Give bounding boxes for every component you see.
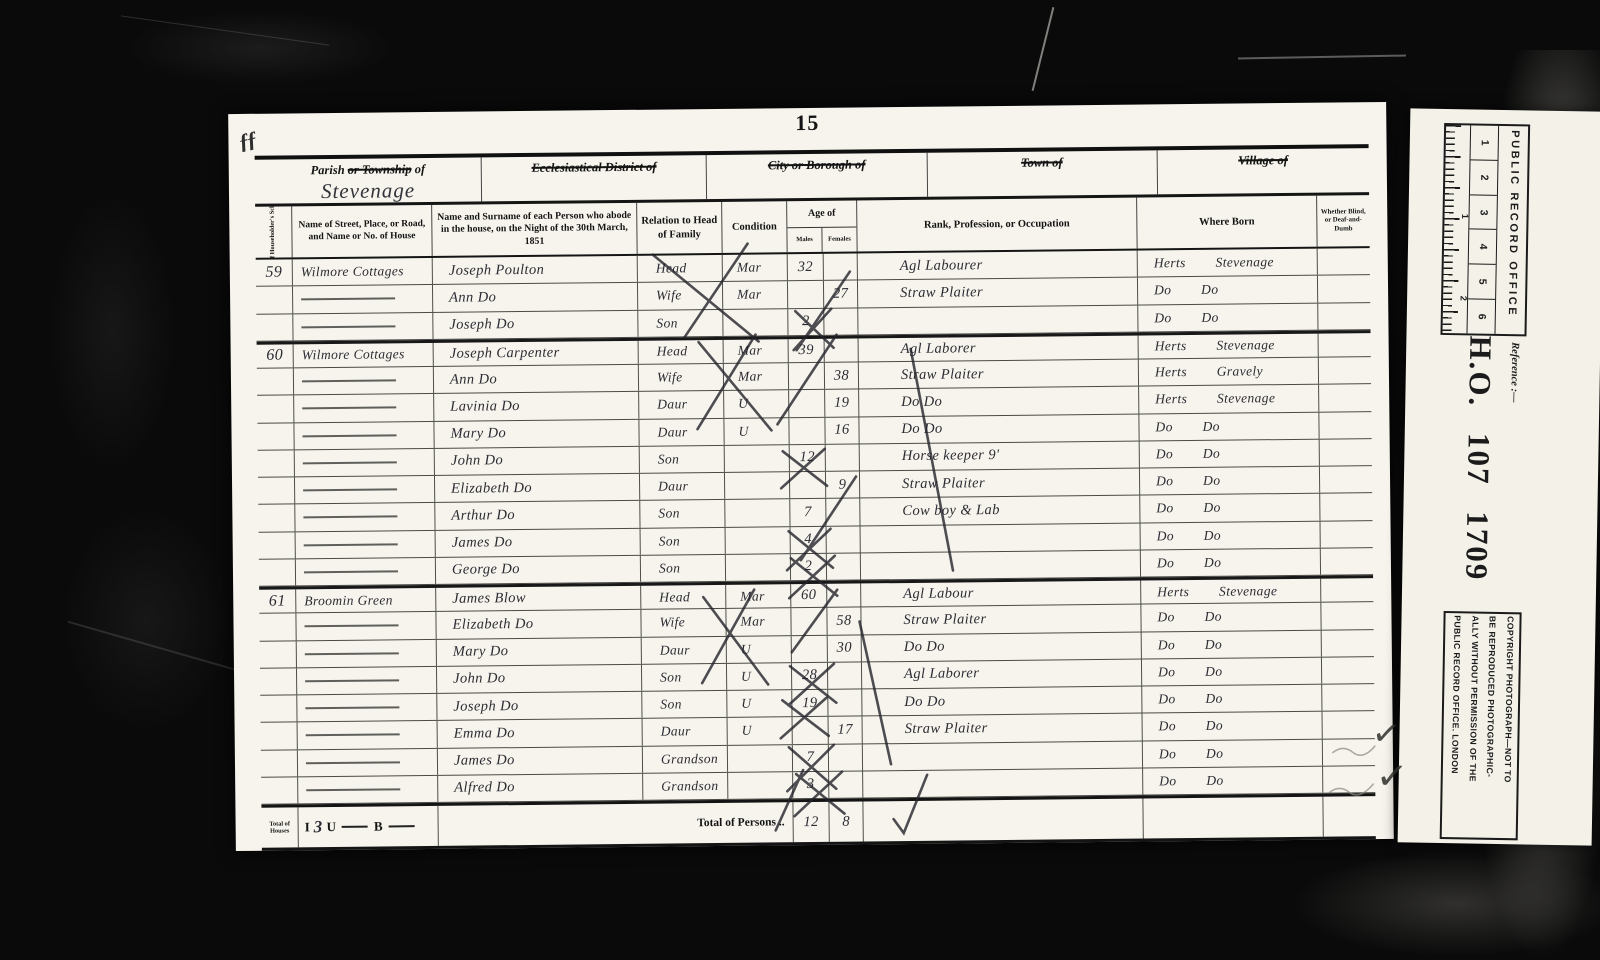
film-scratch [1032,7,1055,91]
header-schedule: No. of Householder's Schedule [255,206,293,257]
cell-occupation: Agl Laborer [862,659,1142,688]
cell-blind [1320,493,1372,520]
cell-name: John Do [435,447,640,475]
cell-blind [1319,333,1371,357]
handwritten-entry: Elizabeth Do [451,480,532,498]
cell-condition: Mar [724,363,789,390]
total-males: 12 [793,802,829,842]
rule-line [342,826,368,828]
cell-street [296,558,436,586]
total-houses-label: Total of Houses [261,807,298,847]
ruler-box: 4 [1469,230,1497,265]
cell-born: Herts Gravely [1139,358,1319,386]
cell-relation: Son [642,691,727,718]
handwritten-entry: Mar [737,287,762,303]
cell-street [298,776,438,804]
handwritten-entry: 61 [269,592,286,610]
cell-condition [725,445,790,472]
cell-name: James Do [436,528,641,556]
ditto-dash [304,543,398,546]
handwritten-entry: Do Do [1156,446,1221,463]
handwritten-entry: 17 [837,721,852,738]
cell-occupation: Agl Labour [861,581,1141,607]
cell-name: Mary Do [434,419,639,447]
handwritten-entry: Son [660,696,682,712]
handwritten-entry: 60 [801,587,816,604]
cell-age-f [827,526,861,553]
handwritten-entry: 38 [834,367,849,384]
cell-age-f [824,308,858,335]
handwritten-entry: Straw Plaiter [900,284,983,302]
handwritten-entry: Joseph Do [453,698,518,716]
handwritten-entry: Do Do [904,693,945,710]
cell-street [297,639,437,667]
cell-street [293,285,433,313]
cell-born: Herts Stevenage [1139,333,1319,358]
cell-condition [726,527,791,554]
cell-blind [1318,303,1370,330]
handwritten-entry: Do Do [1159,773,1224,790]
cell-condition: U [728,717,793,744]
handwritten-entry: Agl Labour [903,585,974,603]
cell-street [294,367,434,395]
ecclesiastical-cell: Ecclesiastical District of [482,155,708,201]
handwritten-entry: James Blow [452,590,526,608]
handwritten-entry: 39 [798,342,813,359]
total-females-value: 8 [842,813,850,830]
ditto-dash [303,434,397,437]
handwritten-entry: Grandson [661,751,718,768]
ditto-dash [303,461,397,464]
handwritten-entry: Wilmore Cottages [301,263,404,280]
cell-name: Alfred Do [438,774,643,802]
cell-born: Do Do [1143,739,1323,767]
cell-age-f: 17 [829,717,863,744]
cell-condition: Mar [724,339,789,363]
town-label: Town of [927,154,1156,171]
handwritten-entry: 12 [800,449,815,466]
header-age: Age of Males Females [787,201,858,253]
cell-age-m [791,608,827,635]
building-label: B [374,819,383,835]
cell-name: Ann Do [434,365,639,393]
header-age-label: Age of [787,201,856,229]
handwritten-entry: 30 [837,640,852,657]
ruler-box-number: 3 [1477,209,1489,215]
cell-street [297,667,437,695]
handwritten-entry: Herts Stevenage [1154,254,1274,271]
handwritten-entry: Son [659,533,681,549]
handwritten-entry: Mary Do [453,643,509,661]
header-born: Where Born [1137,196,1318,249]
cell-blind [1321,602,1373,629]
cell-name: James Blow [436,586,641,611]
handwritten-entry: John Do [453,671,506,689]
cell-blind [1319,384,1371,411]
cell-born: Do Do [1143,766,1323,794]
cell-age-f: 9 [826,471,860,498]
ditto-dash [306,788,400,791]
cell-age-m: 4 [791,526,827,553]
cell-relation: Daur [640,473,725,500]
handwritten-entry: 19 [834,394,849,411]
handwritten-entry: Straw Plaiter [903,611,986,629]
parish-cell: Parish or Township of Stevenage [255,157,483,203]
handwritten-entry: 16 [834,422,849,439]
ruler-box: 2 [1470,160,1498,195]
cell-age-m: 28 [792,663,828,690]
total-females: 8 [829,801,863,841]
cell-born: Do Do [1141,603,1321,631]
cell-relation: Wife [641,609,726,636]
cell-age-m: 12 [790,445,826,472]
cell-street [295,476,435,504]
ruler-box-number: 5 [1476,279,1488,285]
cell-relation: Head [638,255,723,282]
cell-blind [1319,412,1371,439]
cell-street [298,748,438,776]
handwritten-entry: Joseph Poulton [449,261,545,279]
cell-born: Herts Stevenage [1141,579,1321,604]
cell-name: Lavinia Do [434,392,639,420]
cell-age-f [826,499,860,526]
total-males-value: 12 [803,813,818,830]
handwritten-entry: Son [659,560,681,576]
cell-blind [1322,684,1374,711]
cell-relation: Wife [639,364,724,391]
ruler-box: 1 [1471,125,1499,160]
handwritten-entry: Herts Gravely [1155,363,1263,380]
handwritten-entry: Joseph Carpenter [450,345,560,363]
cell-condition: U [724,390,789,417]
cell-age-f [827,553,861,580]
handwritten-entry: Daur [657,424,687,440]
handwritten-entry: Do Do [1158,691,1223,708]
town-cell: Town of [927,150,1158,196]
cell-born: Do Do [1138,303,1318,331]
handwritten-entry: Mary Do [450,425,506,443]
cell-age-f [829,744,863,771]
cell-age-f: 19 [825,390,859,417]
totals-occupation-cell [863,799,1143,842]
handwritten-entry: Do Do [1157,609,1222,626]
cell-relation: Son [641,555,726,582]
handwritten-entry: Horse keeper 9ʹ [902,447,1000,465]
handwritten-entry: 9 [839,476,847,493]
cell-occupation: Straw Plaiter [858,278,1138,307]
cell-occupation: Do Do [862,687,1142,716]
cell-relation: Wife [638,282,723,309]
cell-occupation: Agl Laborer [859,335,1139,361]
cell-age-f: 38 [825,362,859,389]
cell-blind [1323,739,1375,766]
cell-born: Do Do [1142,657,1322,685]
cell-schedule [256,314,293,341]
ditto-dash [303,516,397,519]
cell-blind [1322,711,1374,738]
cell-name: George Do [436,556,641,584]
cell-street [294,394,434,422]
cell-relation: Daur [642,636,727,663]
cell-blind [1323,766,1375,793]
scanned-census-page: ƒƒ 15 Parish or Township of Stevenage Ec… [0,0,1600,960]
cell-schedule [260,668,297,695]
inhabited-value: 3 [314,817,323,837]
copyright-notice: COPYRIGHT PHOTOGRAPH—NOT TOBE REPRODUCED… [1443,615,1519,836]
header-name: Name and Surname of each Person who abod… [432,203,638,256]
pro-reference-card: 1 2 123456 PUBLIC RECORD OFFICE Referenc… [1398,108,1600,845]
handwritten-entry: 27 [833,285,848,302]
handwritten-entry: U [738,396,748,412]
handwritten-entry: Do Do [1155,418,1220,435]
cell-occupation [861,523,1141,552]
cell-street [297,694,437,722]
ditto-dash [305,706,399,709]
cell-schedule [257,396,294,423]
cell-born: Do Do [1143,712,1323,740]
ruler-number-boxes: 123456 [1467,125,1500,333]
totals-blind-cell [1323,796,1375,837]
ruler-box-number: 4 [1476,244,1488,250]
cell-relation: Son [638,309,723,336]
handwritten-entry: Agl Laborer [904,666,979,684]
cell-age-f: 58 [827,608,861,635]
handwritten-entry: Do Do [1157,555,1222,572]
page-number: 15 [228,104,1386,142]
handwritten-entry: Do Do [1156,473,1221,490]
film-scratch [1238,55,1406,60]
handwritten-entry: 2 [802,313,810,330]
cell-relation: Daur [639,391,724,418]
cell-relation: Son [642,664,727,691]
cell-age-m: 19 [792,690,828,717]
handwritten-entry: Agl Labourer [900,257,983,275]
cell-born: Do Do [1142,630,1322,658]
handwritten-entry: Arthur Do [451,507,515,525]
ruler-box: 6 [1468,300,1496,334]
header-condition: Condition [722,201,788,253]
cell-age-m [792,635,828,662]
cell-age-m: 39 [789,339,825,363]
cell-born: Do Do [1141,548,1321,576]
census-sheet: ƒƒ 15 Parish or Township of Stevenage Ec… [228,102,1394,851]
cell-occupation: Straw Plaiter [861,605,1141,634]
parish-label-post: of [415,162,426,176]
cell-blind [1319,357,1371,384]
ditto-dash [302,379,396,382]
handwritten-entry: Daur [657,397,687,413]
handwritten-entry: James Do [454,752,515,770]
parish-label-struck: or Township [348,162,412,177]
cell-relation: Son [641,527,726,554]
ruler-cm-number: 2 [1459,296,1469,301]
header-age-females: Females [822,228,856,252]
handwritten-entry: Wife [657,369,683,385]
cell-condition: U [727,636,792,663]
cell-condition: Mar [726,584,791,608]
handwritten-entry: Ann Do [449,289,496,306]
cell-born: Do Do [1140,439,1320,467]
handwritten-entry: Do Do [1154,282,1219,299]
cell-name: Arthur Do [435,501,640,529]
cell-street [294,421,434,449]
cell-name: James Do [438,746,643,774]
handwritten-entry: Head [656,260,687,276]
city-label: City or Borough of [707,157,926,174]
ruler-box: 3 [1469,195,1497,230]
handwritten-entry: Wilmore Cottages [302,347,405,364]
cell-street [296,530,436,558]
cell-born: Do Do [1138,276,1318,304]
cell-occupation [863,768,1143,797]
handwritten-entry: Head [657,344,688,360]
handwritten-entry: U [741,669,751,685]
public-record-office-text: PUBLIC RECORD OFFICE [1496,130,1531,331]
handwritten-entry: Ann Do [450,371,497,388]
cell-condition [726,554,791,581]
cell-schedule [259,559,296,586]
handwritten-entry: Do Do [901,421,942,438]
copyright-line: COPYRIGHT PHOTOGRAPH—NOT TO [1497,616,1518,836]
cell-age-m [789,417,825,444]
handwritten-entry: 4 [804,531,812,548]
handwritten-entry: James Do [452,534,513,552]
background-mottling [20,140,250,780]
cell-schedule [256,287,293,314]
handwritten-entry: Do Do [1159,745,1224,762]
cell-relation: Grandson [643,773,728,800]
cell-name: Elizabeth Do [435,474,640,502]
cell-born: Do Do [1140,494,1320,522]
handwritten-entry: Do Do [1158,636,1223,653]
handwritten-entry: Do Do [1154,309,1219,326]
cell-condition [728,745,793,772]
cell-schedule [260,641,297,668]
handwritten-entry: Son [656,315,678,331]
census-table: Parish or Township of Stevenage Ecclesia… [255,144,1376,851]
header-relation: Relation to Head of Family [637,202,723,254]
handwritten-entry: Do Do [904,639,945,656]
ditto-dash [305,625,399,628]
header-age-males: Males [787,228,822,252]
handwritten-entry: Broomin Green [304,592,393,609]
cell-street [296,612,436,640]
total-persons-label: Total of Persons .. [438,802,793,846]
cell-relation: Head [641,585,726,609]
ditto-dash [306,734,400,737]
handwritten-entry: Daur [658,478,688,494]
handwritten-entry: Straw Plaiter [901,366,984,384]
cell-condition: U [724,418,789,445]
cell-born: Do Do [1139,412,1319,440]
cell-age-f [828,689,862,716]
parish-label: Parish or Township of [255,161,481,178]
cell-born: Do Do [1141,521,1321,549]
handwritten-entry: U [742,723,752,739]
total-houses-text: Total of Houses [262,820,298,835]
cell-schedule [257,368,294,395]
cell-blind [1320,439,1372,466]
cell-relation: Head [639,340,724,364]
cell-occupation: Straw Plaiter [860,469,1140,498]
handwritten-entry: Mar [740,588,765,604]
handwritten-entry: Son [658,451,680,467]
ruler-icon: 1 2 [1443,125,1471,333]
handwritten-entry: Herts Stevenage [1155,338,1275,355]
cell-schedule [260,695,297,722]
cell-schedule [257,423,294,450]
handwritten-entry: 19 [802,695,817,712]
cell-name: Emma Do [438,719,643,747]
cell-schedule: 61 [259,589,296,613]
cell-blind [1318,275,1370,302]
cell-age-f: 27 [824,281,858,308]
cell-age-f [824,253,858,280]
handwritten-entry: George Do [452,561,520,579]
cell-blind [1321,578,1373,602]
cell-born: Do Do [1140,467,1320,495]
ruler-cm-number: 1 [1460,214,1470,219]
handwritten-entry: John Do [451,453,504,471]
handwritten-entry: 59 [265,264,282,282]
cell-relation: Grandson [643,745,728,772]
cell-occupation: Do Do [862,632,1142,661]
ruler-office-box: 1 2 123456 PUBLIC RECORD OFFICE [1440,123,1530,336]
cell-blind [1320,521,1372,548]
handwritten-entry: Do Do [1157,527,1222,544]
cell-age-f [826,444,860,471]
handwritten-entry: 3 [807,776,815,793]
cell-blind [1322,630,1374,657]
cell-age-m: 2 [791,554,827,581]
cell-age-m: 32 [788,254,824,281]
cell-street: Broomin Green [296,588,436,613]
handwritten-entry: 28 [802,667,817,684]
ditto-dash [301,298,395,301]
totals-born-cell [1143,797,1323,839]
handwritten-entry: Mar [738,343,763,359]
cell-age-m [789,390,825,417]
handwritten-entry: U [738,423,748,439]
handwritten-entry: Do Do [1156,500,1221,517]
cell-schedule [261,777,298,804]
cell-blind [1318,248,1370,275]
cell-street: Wilmore Cottages [293,258,433,286]
cell-age-f [825,338,859,362]
handwritten-entry: Straw Plaiter [902,475,985,493]
cell-schedule [259,532,296,559]
handwritten-entry: Joseph Do [449,316,514,334]
cell-condition [723,309,788,336]
handwritten-entry: 7 [804,504,812,521]
ruler-box-number: 1 [1478,140,1490,146]
handwritten-entry: Emma Do [454,725,515,743]
handwritten-entry: Elizabeth Do [452,616,533,634]
ruler-box-number: 6 [1475,314,1487,320]
handwritten-entry: Lavinia Do [450,398,520,416]
handwritten-entry: Cow boy & Lab [902,502,1000,520]
ditto-dash [305,652,399,655]
cell-occupation: Do Do [859,387,1139,416]
background-mottling [90,0,430,120]
handwritten-entry: Mar [740,614,765,630]
cell-schedule [261,750,298,777]
handwritten-entry: Son [658,506,680,522]
inhabited-label: I [305,819,310,835]
cell-age-m: 7 [790,499,826,526]
cell-occupation: Straw Plaiter [863,714,1143,743]
cell-born: Do Do [1142,685,1322,713]
